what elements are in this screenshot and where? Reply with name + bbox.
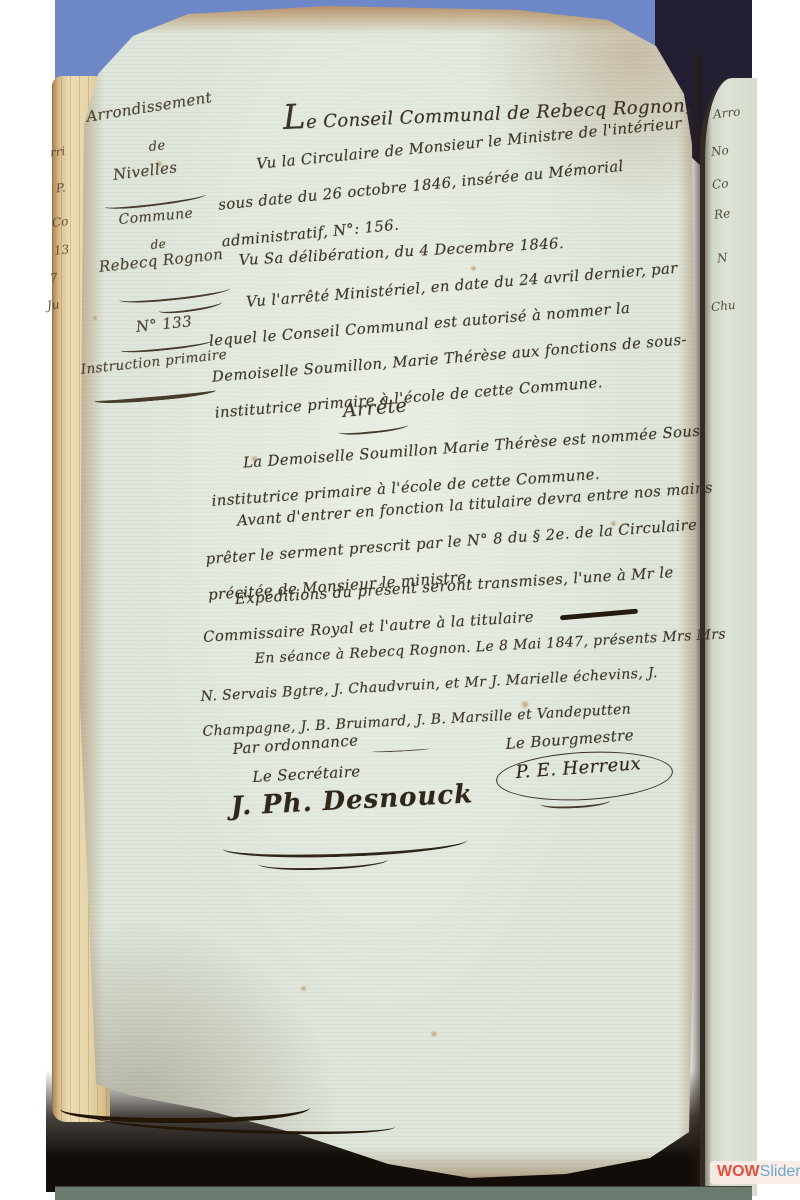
foxing-spot: [92, 315, 98, 321]
annotation-de: de: [148, 138, 166, 155]
page-edge-fragment: 7: [49, 271, 58, 286]
page-edge-fragment: rri: [49, 144, 66, 160]
page-edge-fragment: Ju: [46, 297, 60, 312]
page-edge-fragment: 13: [53, 242, 70, 258]
foxing-spot: [300, 985, 307, 992]
page-edge-fragment: P.: [55, 180, 66, 195]
foxing-spot: [430, 1030, 438, 1038]
facing-page-fragment: N: [716, 250, 728, 265]
watermark-wow: WOW: [717, 1163, 760, 1180]
wowslider-watermark[interactable]: WOWSlider: [710, 1161, 800, 1184]
page-edge-fragment: Co: [51, 214, 69, 230]
annotation-de: de: [150, 237, 167, 252]
table-edge: [55, 1186, 752, 1200]
watermark-slider: Slider: [760, 1163, 800, 1180]
photo-canvas: rri P. Co 13 7 Ju Arro No Co Re N Chu Ar…: [0, 0, 800, 1200]
